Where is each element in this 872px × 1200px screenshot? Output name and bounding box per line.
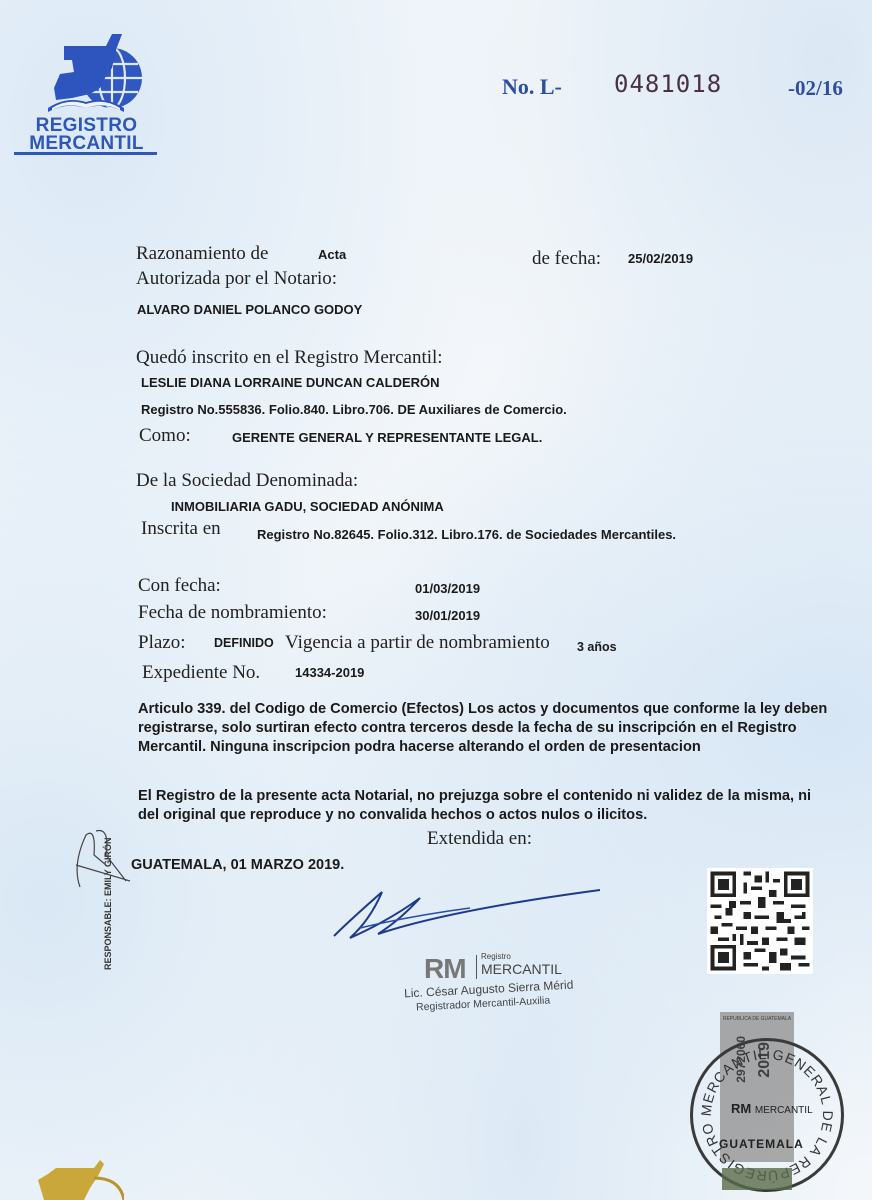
registro-mercantil-logo: REGISTRO MERCANTIL: [14, 28, 159, 156]
rm-mark: RM: [424, 953, 466, 985]
inscrito-registro: Registro No.555836. Folio.840. Libro.706…: [141, 402, 567, 417]
con-fecha-value: 01/03/2019: [415, 581, 480, 596]
document-number: 0481018: [614, 70, 722, 98]
inscrita-value: Registro No.82645. Folio.312. Libro.176.…: [257, 527, 676, 542]
como-label: Como:: [139, 425, 191, 447]
seal-mercantil: MERCANTIL: [481, 961, 562, 977]
articulo-339-text: Articulo 339. del Codigo de Comercio (Ef…: [138, 700, 838, 757]
document-number-suffix: -02/16: [788, 76, 843, 101]
stamp-band: [722, 1168, 792, 1190]
vigencia-label: Vigencia a partir de nombramiento: [285, 632, 550, 654]
signature-icon: [330, 880, 610, 950]
fecha-label: de fecha:: [532, 248, 601, 270]
razonamiento-label: Razonamiento de: [136, 243, 268, 265]
sociedad-label: De la Sociedad Denominada:: [136, 470, 358, 492]
plazo-label: Plazo:: [138, 632, 186, 654]
logo-underline: [14, 152, 157, 155]
seal-registro: Registro: [481, 952, 511, 961]
vigencia-value: 3 años: [577, 640, 617, 654]
inscrito-name: LESLIE DIANA LORRAINE DUNCAN CALDERÓN: [141, 375, 440, 390]
seal-city: GUATEMALA: [719, 1137, 804, 1151]
fecha-nombramiento-label: Fecha de nombramiento:: [138, 602, 327, 624]
qr-code-icon[interactable]: [707, 868, 813, 974]
inscrito-label: Quedó inscrito en el Registro Mercantil:: [136, 347, 443, 369]
seal-rm-mark: RM MERCANTIL: [731, 1101, 813, 1116]
guatemala-globe-book-icon: [14, 28, 159, 118]
con-fecha-label: Con fecha:: [138, 575, 221, 597]
logo-text-line2: MERCANTIL: [14, 134, 159, 153]
stamp-header: REPUBLICA DE GUATEMALA: [720, 1016, 794, 1022]
expediente-value: 14334-2019: [295, 665, 364, 680]
plazo-value: DEFINIDO: [214, 636, 274, 650]
fecha-value: 25/02/2019: [628, 251, 693, 266]
expediente-label: Expediente No.: [142, 662, 260, 684]
fecha-nombramiento-value: 30/01/2019: [415, 608, 480, 623]
initials-signature-icon: [66, 825, 136, 895]
sociedad-name: INMOBILIARIA GADU, SOCIEDAD ANÓNIMA: [171, 499, 444, 514]
registrar-seal: RM Registro MERCANTIL Lic. César Augusto…: [418, 953, 618, 1023]
razonamiento-value: Acta: [318, 247, 346, 262]
seal-divider: [476, 955, 477, 979]
notario-name: ALVARO DANIEL POLANCO GODOY: [137, 302, 362, 317]
disclaimer-text: El Registro de la presente acta Notarial…: [138, 787, 828, 825]
como-value: GERENTE GENERAL Y REPRESENTANTE LEGAL.: [232, 430, 542, 445]
autorizada-label: Autorizada por el Notario:: [136, 268, 337, 290]
extendida-value: GUATEMALA, 01 MARZO 2019.: [131, 857, 344, 873]
extendida-label: Extendida en:: [427, 828, 532, 850]
hologram-icon: [34, 1158, 124, 1200]
document-number-label: No. L-: [502, 74, 562, 100]
inscrita-label: Inscrita en: [141, 518, 221, 540]
